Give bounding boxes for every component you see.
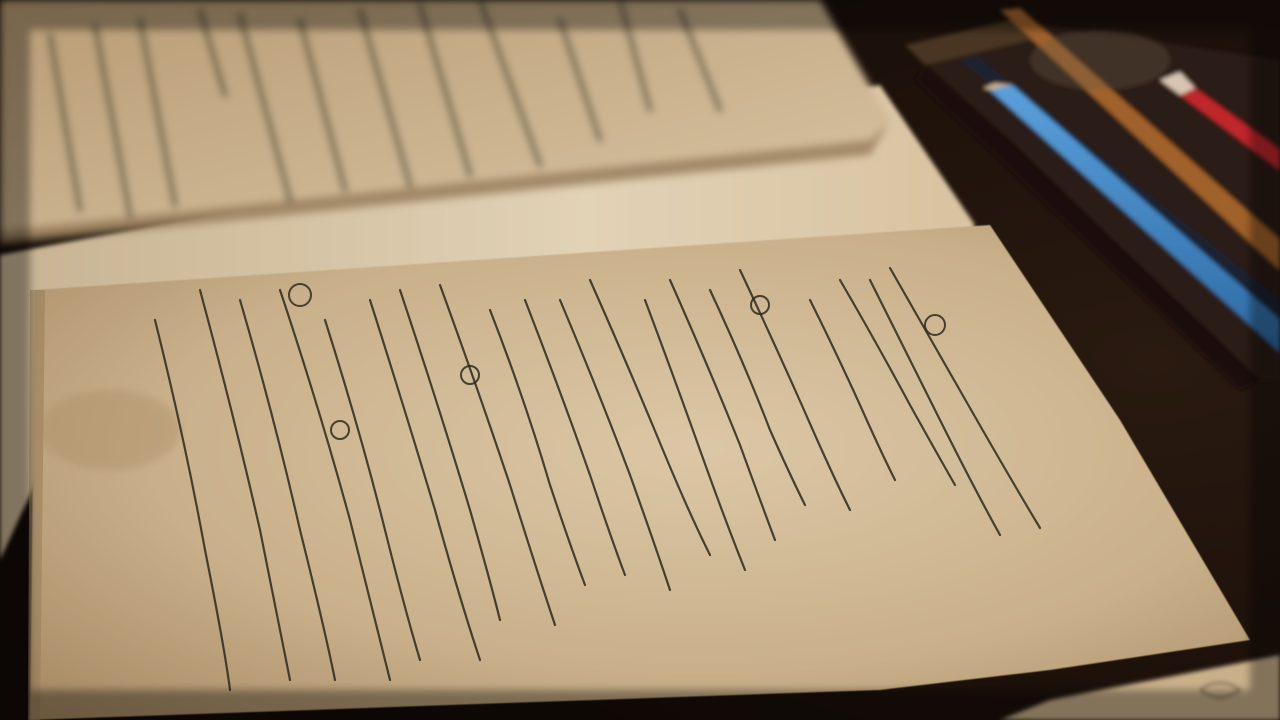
photo-scene: Aged handwritten letters in cursive on a… [0, 0, 1280, 720]
photo-canvas [0, 0, 1280, 720]
